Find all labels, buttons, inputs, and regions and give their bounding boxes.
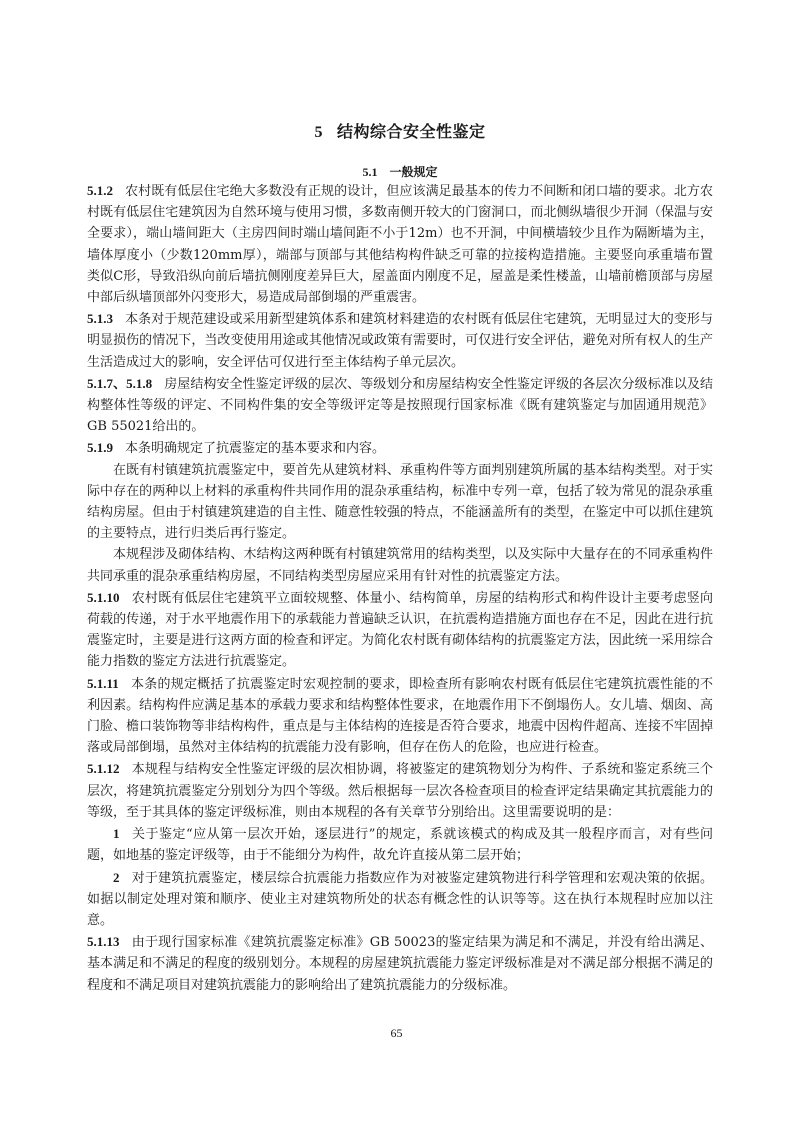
clause-number: 5.1.9 — [87, 440, 113, 455]
paragraph-5-1-9: 5.1.9本条明确规定了抗震鉴定的基本要求和内容。 — [87, 437, 713, 459]
page-number: 65 — [0, 1026, 793, 1041]
paragraph-5-1-12: 5.1.12本规程与结构安全性鉴定评级的层次相协调，将被鉴定的建筑物划分为构件、… — [87, 758, 713, 823]
paragraph-text: 本规程与结构安全性鉴定评级的层次相协调，将被鉴定的建筑物划分为构件、子系统和鉴定… — [87, 762, 713, 819]
chapter-number: 5 — [314, 124, 323, 141]
paragraph-text: 在既有村镇建筑抗震鉴定中，要首先从建筑材料、承重构件等方面判别建筑所属的基本结构… — [87, 463, 713, 542]
paragraph-text: 农村既有低层住宅绝大多数没有正规的设计，但应该满足最基本的传力不间断和闭口墙的要… — [87, 184, 713, 305]
paragraph-text: 由于现行国家标准《建筑抗震鉴定标准》GB 50023的鉴定结果为满足和不满足，并… — [87, 935, 713, 992]
paragraph-text: 房屋结构安全性鉴定评级的层次、等级划分和房屋结构安全性鉴定评级的各层次分级标准以… — [87, 377, 713, 434]
clause-number: 5.1.2 — [87, 183, 113, 198]
chapter-title-text: 结构综合安全性鉴定 — [337, 122, 486, 141]
document-body: 5.1.2农村既有低层住宅绝大多数没有正规的设计，但应该满足最基本的传力不间断和… — [87, 180, 713, 996]
paragraph-5-1-2: 5.1.2农村既有低层住宅绝大多数没有正规的设计，但应该满足最基本的传力不间断和… — [87, 180, 713, 308]
clause-number: 5.1.7、5.1.8 — [87, 376, 152, 391]
section-number: 5.1 — [362, 165, 377, 179]
clause-number: 5.1.12 — [87, 761, 120, 776]
paragraph-text: 关于鉴定“应从第一层次开始，逐层进行”的规定，系就该模式的构成及其一般程序而言，… — [87, 827, 713, 863]
paragraph-5-1-7-8: 5.1.7、5.1.8房屋结构安全性鉴定评级的层次、等级划分和房屋结构安全性鉴定… — [87, 373, 713, 438]
paragraph-text: 本条对于规范建设或采用新型建筑体系和建筑材料建造的农村既有低层住宅建筑，无明显过… — [87, 312, 713, 369]
clause-number: 5.1.10 — [87, 590, 120, 605]
section-title: 5.1一般规定 — [87, 163, 713, 180]
paragraph-text: 本条明确规定了抗震鉴定的基本要求和内容。 — [125, 441, 385, 456]
list-item-2: 2对于建筑抗震鉴定，楼层综合抗震能力指数应作为对被鉴定建筑物进行科学管理和宏观决… — [87, 867, 713, 932]
paragraph-5-1-3: 5.1.3本条对于规范建设或采用新型建筑体系和建筑材料建造的农村既有低层住宅建筑… — [87, 308, 713, 373]
paragraph-5-1-9-b: 本规程涉及砌体结构、木结构这两种既有村镇建筑常用的结构类型，以及实际中大量存在的… — [87, 544, 713, 586]
paragraph-text: 本规程涉及砌体结构、木结构这两种既有村镇建筑常用的结构类型，以及实际中大量存在的… — [87, 547, 713, 583]
chapter-title: 5结构综合安全性鉴定 — [87, 119, 713, 142]
paragraph-5-1-13: 5.1.13由于现行国家标准《建筑抗震鉴定标准》GB 50023的鉴定结果为满足… — [87, 931, 713, 996]
clause-number: 5.1.11 — [87, 676, 119, 691]
paragraph-5-1-9-a: 在既有村镇建筑抗震鉴定中，要首先从建筑材料、承重构件等方面判别建筑所属的基本结构… — [87, 460, 713, 545]
item-number: 2 — [113, 870, 120, 885]
list-item-1: 1关于鉴定“应从第一层次开始，逐层进行”的规定，系就该模式的构成及其一般程序而言… — [87, 823, 713, 866]
section-title-text: 一般规定 — [389, 165, 437, 179]
clause-number: 5.1.3 — [87, 311, 113, 326]
paragraph-text: 对于建筑抗震鉴定，楼层综合抗震能力指数应作为对被鉴定建筑物进行科学管理和宏观决策… — [87, 871, 713, 928]
paragraph-5-1-11: 5.1.11本条的规定概括了抗震鉴定时宏观控制的要求，即检查所有影响农村既有低层… — [87, 673, 713, 759]
item-number: 1 — [113, 826, 120, 841]
paragraph-text: 农村既有低层住宅建筑平立面较规整、体量小、结构简单，房屋的结构形式和构件设计主要… — [87, 591, 713, 670]
paragraph-5-1-10: 5.1.10农村既有低层住宅建筑平立面较规整、体量小、结构简单，房屋的结构形式和… — [87, 587, 713, 673]
clause-number: 5.1.13 — [87, 934, 120, 949]
paragraph-text: 本条的规定概括了抗震鉴定时宏观控制的要求，即检查所有影响农村既有低层住宅建筑抗震… — [87, 677, 713, 756]
